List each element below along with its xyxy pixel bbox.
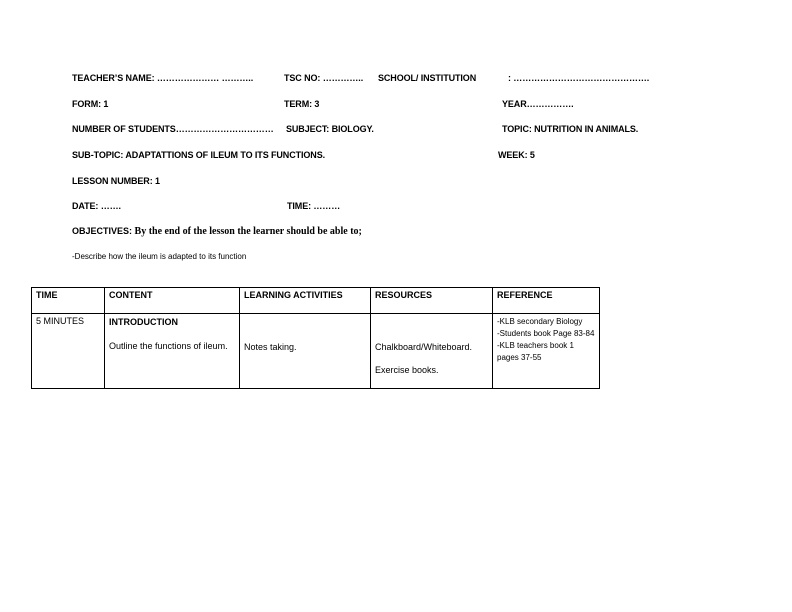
header-time: TIME	[32, 288, 105, 314]
table-row: 5 MINUTES INTRODUCTION Outline the funct…	[32, 314, 600, 389]
reference-item: -Students book Page 83-84	[497, 328, 595, 340]
school-label: SCHOOL/ INSTITUTION	[378, 73, 476, 83]
objectives-label: OBJECTIVES:	[72, 226, 132, 236]
objective-item: -Describe how the ileum is adapted to it…	[72, 252, 246, 261]
resource-item: Chalkboard/Whiteboard.	[375, 342, 488, 352]
objectives-line: OBJECTIVES: By the end of the lesson the…	[72, 226, 362, 237]
reference-item: -KLB secondary Biology	[497, 316, 595, 328]
cell-content: INTRODUCTION Outline the functions of il…	[105, 314, 240, 389]
reference-item: -KLB teachers book 1 pages 37-55	[497, 340, 595, 364]
table-header-row: TIME CONTENT LEARNING ACTIVITIES RESOURC…	[32, 288, 600, 314]
lesson-number-field: LESSON NUMBER: 1	[72, 176, 160, 186]
header-content: CONTENT	[105, 288, 240, 314]
activity-text: Notes taking.	[244, 342, 366, 352]
school-value: : ……………………………………….	[508, 73, 649, 83]
num-students-field: NUMBER OF STUDENTS……………………………	[72, 124, 274, 134]
form-field: FORM: 1	[72, 99, 108, 109]
header-resources: RESOURCES	[371, 288, 493, 314]
header-learning-activities: LEARNING ACTIVITIES	[240, 288, 371, 314]
content-title: INTRODUCTION	[109, 317, 235, 327]
cell-time: 5 MINUTES	[32, 314, 105, 389]
time-field: TIME: ………	[287, 201, 340, 211]
tsc-no-field: TSC NO: …………..	[284, 73, 363, 83]
subtopic-field: SUB-TOPIC: ADAPTATTIONS OF ILEUM TO ITS …	[72, 150, 325, 160]
topic-field: TOPIC: NUTRITION IN ANIMALS.	[502, 124, 638, 134]
cell-resources: Chalkboard/Whiteboard. Exercise books.	[371, 314, 493, 389]
resource-item: Exercise books.	[375, 365, 488, 375]
cell-activities: Notes taking.	[240, 314, 371, 389]
header-reference: REFERENCE	[493, 288, 600, 314]
objectives-text: By the end of the lesson the learner sho…	[135, 226, 362, 237]
content-text: Outline the functions of ileum.	[109, 339, 235, 354]
teacher-name-field: TEACHER’S NAME: ………………… ………..	[72, 73, 253, 83]
cell-reference: -KLB secondary Biology -Students book Pa…	[493, 314, 600, 389]
week-field: WEEK: 5	[498, 150, 535, 160]
lesson-plan-table: TIME CONTENT LEARNING ACTIVITIES RESOURC…	[31, 287, 600, 389]
year-field: YEAR…………….	[502, 99, 574, 109]
term-field: TERM: 3	[284, 99, 319, 109]
subject-field: SUBJECT: BIOLOGY.	[286, 124, 374, 134]
date-field: DATE: …….	[72, 201, 121, 211]
